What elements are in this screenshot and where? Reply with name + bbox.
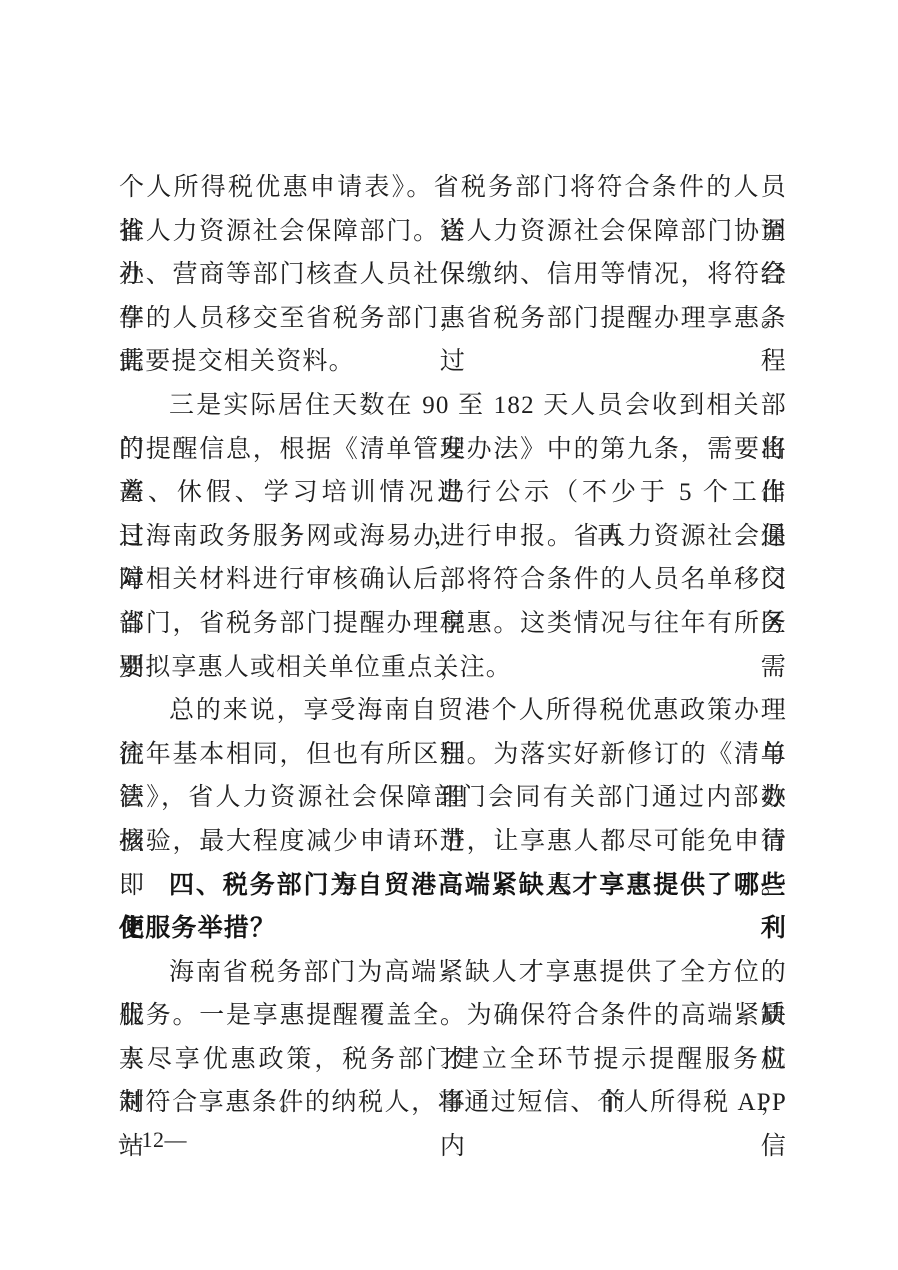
body-text-line: 的提醒信息，根据《清单管理办法》中的第九条，需要将离岛出 [119, 428, 787, 472]
body-text-line: 三是实际居住天数在 90 至 182 天人员会收到相关部门发出 [119, 384, 787, 428]
body-text-line: 往年基本相同，但也有所区别。为落实好新修订的《清单管理办 [119, 733, 787, 777]
body-text-line: 核验，最大程度减少申请环节，让享惠人都尽可能免申请即享惠。 [119, 820, 787, 864]
body-text-line: 个人所得税优惠申请表》。省税务部门将符合条件的人员推送至 [119, 166, 787, 210]
body-text-line: 对符合享惠条件的纳税人，将通过短信、个人所得税 APP 站内信 [119, 1081, 787, 1125]
body-text-line: 服务。一是享惠提醒覆盖全。为确保符合条件的高端紧缺人才应 [119, 994, 787, 1038]
body-text-line: 省人力资源社会保障部门。省人力资源社会保障部门协调社保经 [119, 210, 787, 254]
body-text-line: 法》，省人力资源社会保障部门会同有关部门通过内部数据进行 [119, 776, 787, 820]
body-text-line: 部门，省税务部门提醒办理享惠。这类情况与往年有所区别，需 [119, 602, 787, 646]
body-text-line: 差、休假、学习培训情况进行公示（不少于 5 个工作日），再通 [119, 471, 787, 515]
body-text-line: 海南省税务部门为高端紧缺人才享惠提供了全方位的优质 [119, 951, 787, 995]
body-text-line: 过海南政务服务网或海易办进行申报。省人力资源社会保障部门 [119, 515, 787, 559]
page-number: —12— [119, 1124, 187, 1156]
body-text-line: 办、营商等部门核查人员社保缴纳、信用等情况，将符合享惠条 [119, 253, 787, 297]
heading-line: 四、税务部门为自贸港高端紧缺人才享惠提供了哪些便利 [119, 864, 787, 908]
body-text-line: 件的人员移交至省税务部门，省税务部门提醒办理享惠。此过程 [119, 297, 787, 341]
body-text-line: 总的来说，享受海南自贸港个人所得税优惠政策办理流程与 [119, 689, 787, 733]
document-body: 个人所得税优惠申请表》。省税务部门将符合条件的人员推送至省人力资源社会保障部门。… [119, 166, 787, 1125]
body-text-line: 对相关材料进行审核确认后，将符合条件的人员名单移交省税务 [119, 558, 787, 602]
document-page: 个人所得税优惠申请表》。省税务部门将符合条件的人员推送至省人力资源社会保障部门。… [0, 0, 898, 1270]
body-text-line: 享尽享优惠政策，税务部门建立全环节提示提醒服务机制。事前， [119, 1038, 787, 1082]
